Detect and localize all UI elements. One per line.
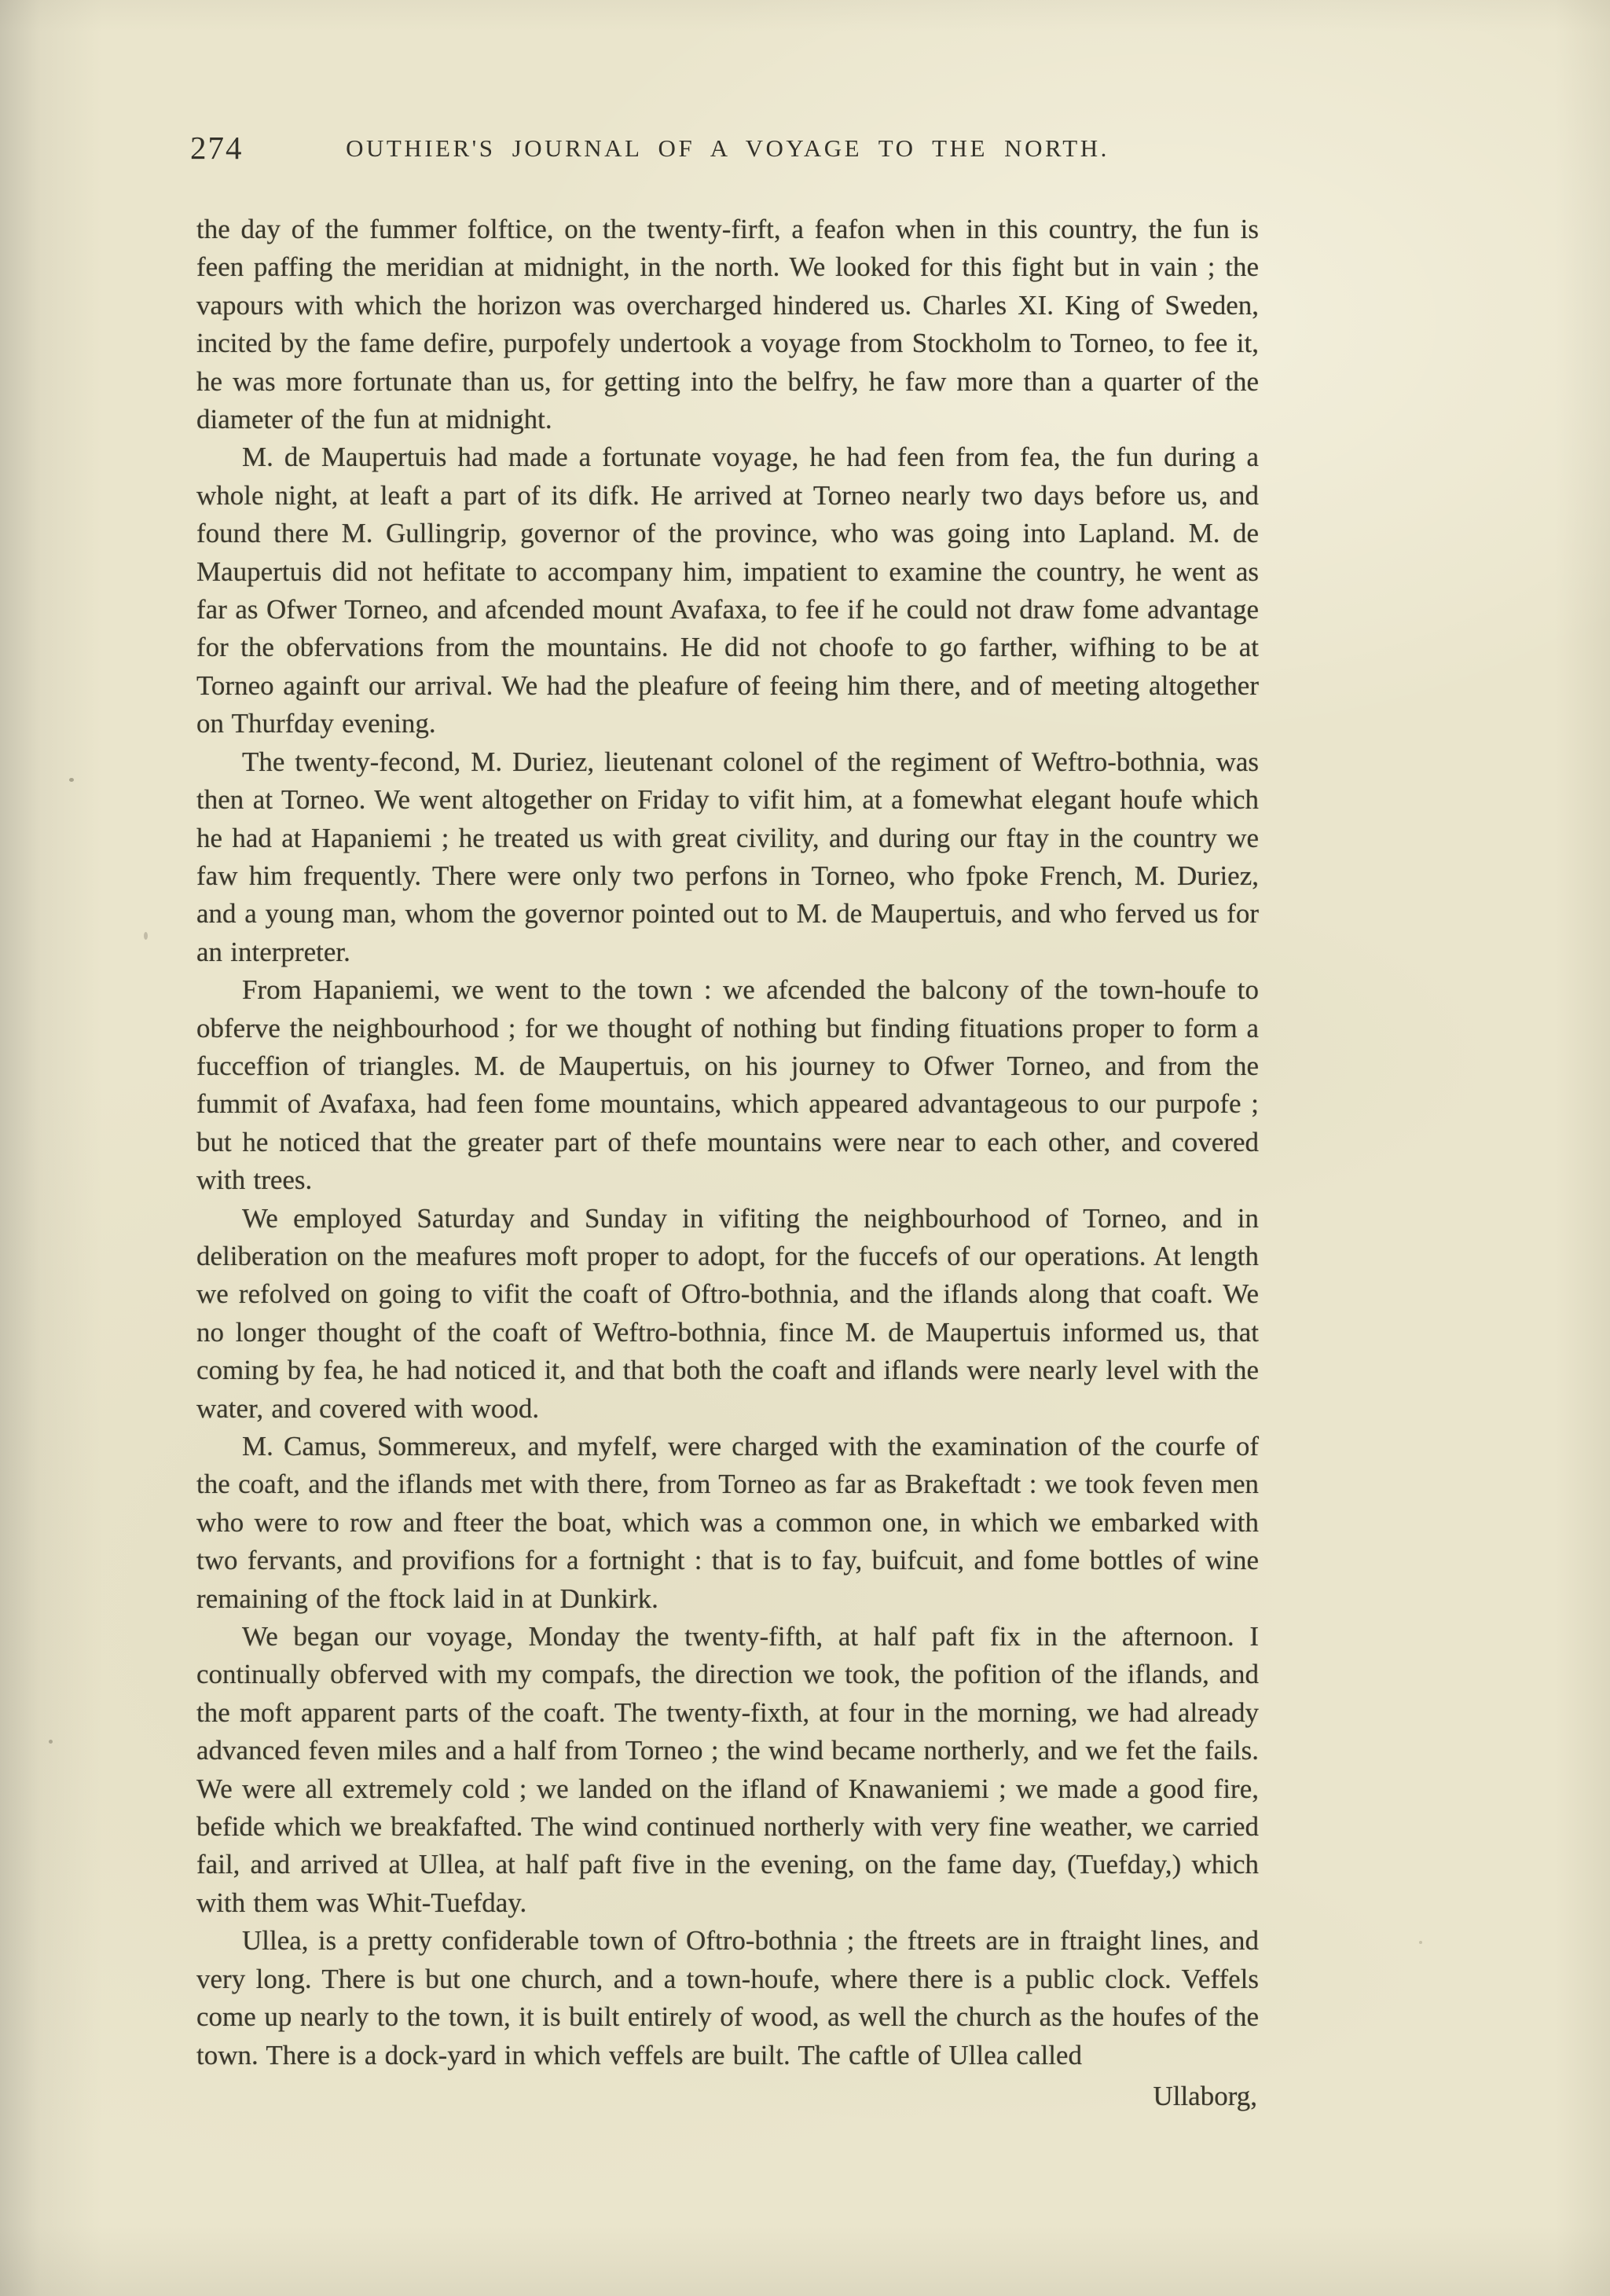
paragraph: From Hapaniemi, we went to the town : we…: [196, 971, 1259, 1199]
paragraph: We employed Saturday and Sunday in vifit…: [196, 1200, 1259, 1428]
catchword: Ullaborg,: [196, 2078, 1259, 2115]
paragraph: the day of the fummer folftice, on the t…: [196, 211, 1259, 438]
page-content: 274 OUTHIER'S JOURNAL OF A VOYAGE TO THE…: [0, 0, 1610, 2296]
running-header-title: OUTHIER'S JOURNAL OF A VOYAGE TO THE NOR…: [196, 130, 1259, 163]
page-body: the day of the fummer folftice, on the t…: [196, 211, 1259, 2115]
running-head: 274 OUTHIER'S JOURNAL OF A VOYAGE TO THE…: [196, 130, 1259, 171]
paragraph: M. de Maupertuis had made a fortunate vo…: [196, 438, 1259, 743]
paragraph: M. Camus, Sommereux, and myfelf, were ch…: [196, 1428, 1259, 1618]
paragraph: The twenty-fecond, M. Duriez, lieutenant…: [196, 743, 1259, 971]
page-number: 274: [190, 129, 244, 167]
paragraph: We began our voyage, Monday the twenty-f…: [196, 1618, 1259, 1922]
paragraph: Ullea, is a pretty confiderable town of …: [196, 1922, 1259, 2074]
scanned-book-page: { "colors": { "paper": "#EAE5CC", "ink":…: [0, 0, 1610, 2296]
